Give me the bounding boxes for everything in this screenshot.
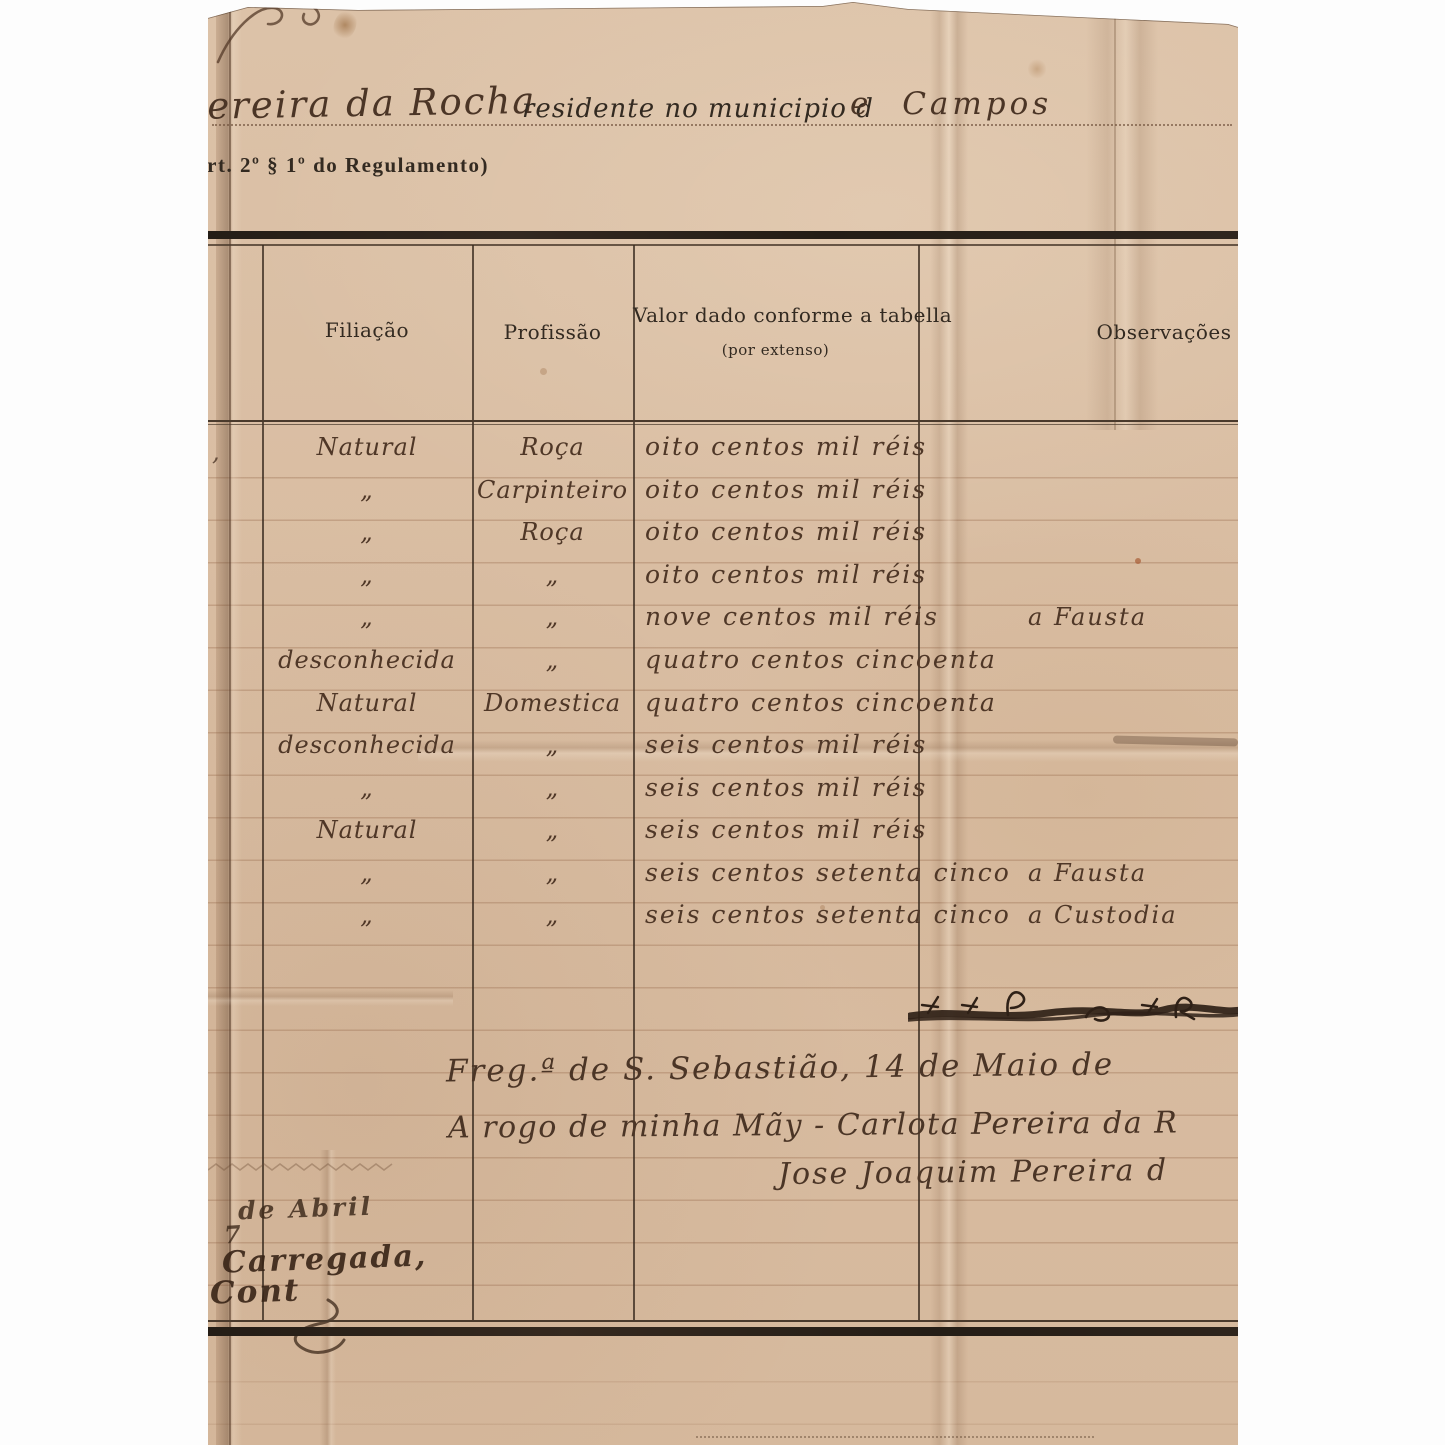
- footer-place-date: Freg.ª de S. Sebastião, 14 de Maio de: [446, 1047, 1114, 1090]
- cell-valor: seis centos mil réis: [645, 725, 935, 769]
- cell-filiacao: Natural: [262, 427, 472, 471]
- cell-filiacao: desconhecida: [262, 725, 472, 769]
- cell-observacoes: a Custodia: [1028, 895, 1238, 939]
- cell-observacoes: [1028, 810, 1238, 854]
- header-separator: [208, 424, 1238, 425]
- footer-rogo-line: A rogo de minha Mãy - Carlota Pereira da…: [448, 1105, 1179, 1145]
- cell-observacoes: [1028, 640, 1238, 684]
- cell-valor: seis centos mil réis: [645, 768, 935, 812]
- cell-valor: quatro centos cincoenta: [645, 640, 935, 684]
- cell-filiacao: „: [262, 555, 472, 599]
- cell-valor: oito centos mil réis: [645, 512, 935, 556]
- cell-filiacao: „: [262, 853, 472, 897]
- table-row: „ Carpinteiro oito centos mil réis: [208, 470, 1238, 514]
- cell-valor: oito centos mil réis: [645, 470, 935, 514]
- footer-signature: Jose Joaquim Pereira d: [778, 1153, 1168, 1192]
- cell-filiacao: „: [262, 512, 472, 556]
- speckle: [540, 368, 547, 375]
- upper-right-crease: [1086, 0, 1158, 430]
- cell-filiacao: „: [262, 597, 472, 641]
- cell-filiacao: „: [262, 768, 472, 812]
- cell-profissao: „: [472, 895, 633, 939]
- cell-observacoes: [1028, 427, 1238, 471]
- cell-observacoes: a Fausta: [1028, 853, 1238, 897]
- cell-valor: seis centos setenta cinco: [645, 895, 935, 939]
- column-header-valor: Valor dado conforme a tabella: [633, 303, 918, 327]
- table-row: „ „ oito centos mil réis: [208, 555, 1238, 599]
- table-row: desconhecida „ quatro centos cincoenta: [208, 640, 1238, 684]
- header-separator: [208, 420, 1238, 422]
- cell-profissao: „: [472, 597, 633, 641]
- table-top-thin-rule: [208, 244, 1238, 246]
- cell-filiacao: „: [262, 470, 472, 514]
- dotted-baseline: [212, 108, 1232, 126]
- cell-profissao: Roça: [472, 512, 633, 556]
- cell-profissao: Domestica: [472, 683, 633, 727]
- cell-observacoes: [1028, 470, 1238, 514]
- cell-profissao: „: [472, 555, 633, 599]
- table-row: desconhecida „ seis centos mil réis: [208, 725, 1238, 769]
- crossed-out-note: [908, 983, 1238, 1043]
- cell-observacoes: [1028, 768, 1238, 812]
- scan-background: Pereira da Rocha residente no municipio …: [0, 0, 1445, 1445]
- cell-observacoes: [1028, 555, 1238, 599]
- cell-profissao: „: [472, 810, 633, 854]
- column-header-filiacao: Filiação: [262, 318, 472, 342]
- cell-profissao: „: [472, 768, 633, 812]
- cell-observacoes: [1028, 512, 1238, 556]
- table-bottom-rule: [208, 1327, 1238, 1336]
- cell-valor: seis centos setenta cinco: [645, 853, 935, 897]
- cell-valor: seis centos mil réis: [645, 810, 935, 854]
- cell-valor: nove centos mil réis: [645, 597, 935, 641]
- table-top-rule: [208, 231, 1238, 239]
- torn-patch-edge: [208, 1160, 403, 1178]
- cell-profissao: „: [472, 853, 633, 897]
- cell-filiacao: Natural: [262, 683, 472, 727]
- table-row: Natural „ seis centos mil réis: [208, 810, 1238, 854]
- column-header-profissao: Profissão: [472, 320, 633, 344]
- cell-observacoes: [1028, 725, 1238, 769]
- cell-filiacao: „: [262, 895, 472, 939]
- table-row: Natural Roça oito centos mil réis: [208, 427, 1238, 471]
- table-row: „ Roça oito centos mil réis: [208, 512, 1238, 556]
- cell-filiacao: Natural: [262, 810, 472, 854]
- table-row: „ „ seis centos setenta cinco a Fausta: [208, 853, 1238, 897]
- table-row: „ „ nove centos mil réis a Fausta: [208, 597, 1238, 641]
- margin-note-fragment: de Abril: [238, 1192, 374, 1226]
- cell-filiacao: desconhecida: [262, 640, 472, 684]
- table-row: „ „ seis centos mil réis: [208, 768, 1238, 812]
- regulation-reference: (Art. 2º § 1º do Regulamento): [208, 153, 489, 178]
- cell-observacoes: a Fausta: [1028, 597, 1238, 641]
- cell-valor: oito centos mil réis: [645, 555, 935, 599]
- cell-valor: quatro centos cincoenta: [645, 683, 935, 727]
- column-header-valor-sub: (por extenso): [633, 341, 918, 359]
- bottom-dotted-line: [696, 1436, 1094, 1442]
- upper-right-crease-line: [1114, 0, 1116, 430]
- cell-observacoes: [1028, 683, 1238, 727]
- paper-stain: [1028, 58, 1046, 80]
- table-bottom-thin-rule: [208, 1320, 1238, 1322]
- cell-profissao: „: [472, 640, 633, 684]
- table-row: Natural Domestica quatro centos cincoent…: [208, 683, 1238, 727]
- table-row: „ „ seis centos setenta cinco a Custodia: [208, 895, 1238, 939]
- cell-profissao: „: [472, 725, 633, 769]
- cell-valor: oito centos mil réis: [645, 427, 935, 471]
- column-header-observacoes: Observações: [1054, 320, 1238, 344]
- document-paper: Pereira da Rocha residente no municipio …: [208, 0, 1238, 1445]
- cell-profissao: Carpinteiro: [472, 470, 633, 514]
- ink-flourish: [212, 0, 382, 66]
- cell-profissao: Roça: [472, 427, 633, 471]
